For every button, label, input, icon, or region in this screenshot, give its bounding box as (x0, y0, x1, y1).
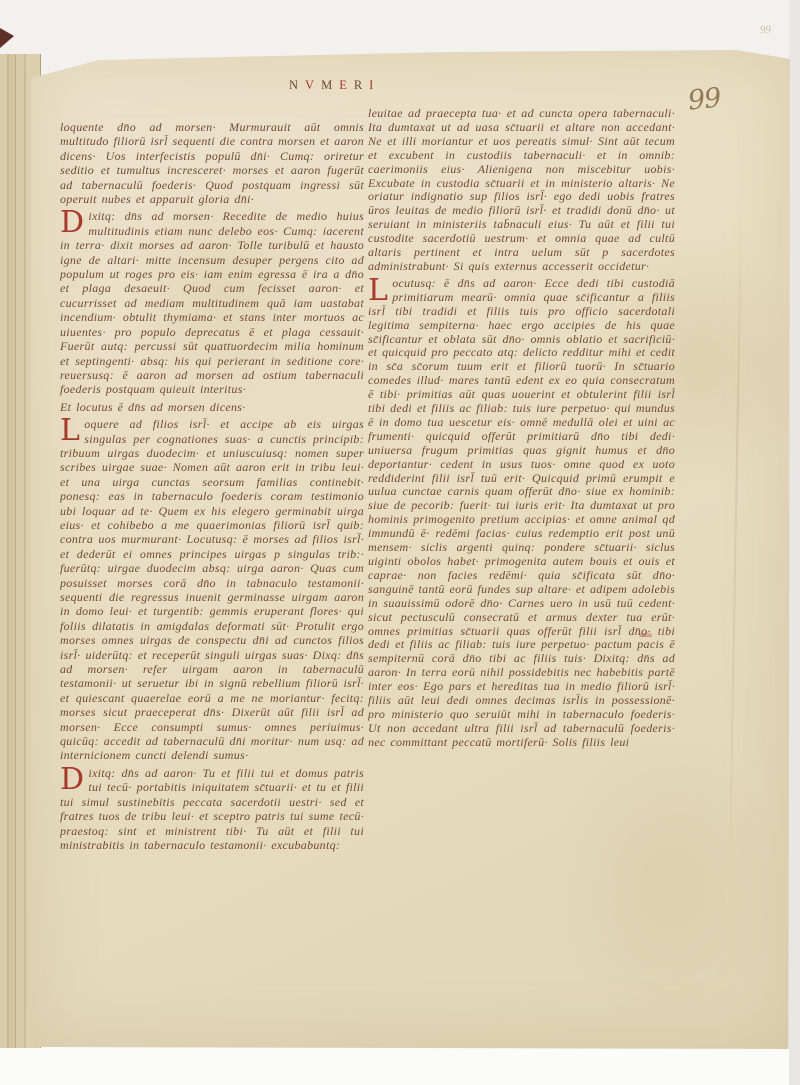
binding-sliver (0, 28, 14, 48)
running-title-letter: E (339, 78, 347, 93)
latin-text: leuitae ad praecepta tua· et ad cuncta o… (368, 107, 675, 273)
running-title-letter: N (289, 78, 298, 93)
running-title-letter: M (321, 78, 332, 93)
text-column-left: loquente dn̄o ad morsen· Murmurauit aūt… (60, 120, 364, 912)
paragraph: leuitae ad praecepta tua· et ad cuncta o… (368, 107, 675, 274)
text-column-right: leuitae ad praecepta tua· et ad cuncta o… (368, 107, 675, 939)
latin-text: ocutusq: ē dn̄s ad aaron· Ecce dedi tibi… (368, 276, 675, 652)
latin-text: oquere ad filios isrl̄· et accipe ab eis… (60, 417, 364, 762)
desk-surface-right (789, 0, 800, 1085)
paragraph: xlv 19 D ixitq: dn̄s ad aaron· Tu et fil… (60, 766, 364, 852)
latin-text: loquente dn̄o ad morsen· Murmurauit aūt… (60, 120, 364, 206)
drop-cap-initial: L (368, 277, 392, 303)
drop-cap-initial: D (60, 766, 88, 792)
latin-text: Et locutus ē dn̄s ad morsen dicens· (60, 400, 246, 414)
running-title-letter: V (305, 78, 314, 93)
gloss-correction-text: salis (639, 629, 651, 643)
folio-number: 99 (686, 82, 721, 116)
running-title-letter: I (369, 78, 373, 93)
latin-text: ixitq: dn̄s ad morsen· Recedite de medio… (60, 209, 364, 396)
latin-text: ixitq: dn̄s ad aaron· Tu et filii tui et… (60, 766, 364, 852)
paragraph: loquente dn̄o ad morsen· Murmurauit aūt… (60, 120, 364, 206)
latin-text: ē sempiternū corā dn̄o tibi ac filiis tu… (368, 637, 675, 748)
paragraph: xliiii L oquere ad filios isrl̄· et acci… (60, 417, 364, 763)
corner-folio-number: 99 (759, 24, 771, 37)
paragraph: xlvi L ocutusq: ē dn̄s ad aaron· Ecce de… (368, 277, 675, 750)
drop-cap-initial: D (60, 209, 88, 235)
running-title: NVMERI (289, 76, 380, 94)
paragraph: Et locutus ē dn̄s ad morsen dicens· (60, 400, 364, 414)
drop-cap-initial: L (60, 417, 84, 443)
desk-surface-bottom (0, 1046, 800, 1085)
paragraph: xliii D ixitq: dn̄s ad morsen· Recedite … (60, 209, 364, 396)
parchment-crease (727, 190, 742, 950)
running-title-letter: R (354, 78, 362, 93)
interlinear-gloss: salis pacis (637, 637, 669, 651)
